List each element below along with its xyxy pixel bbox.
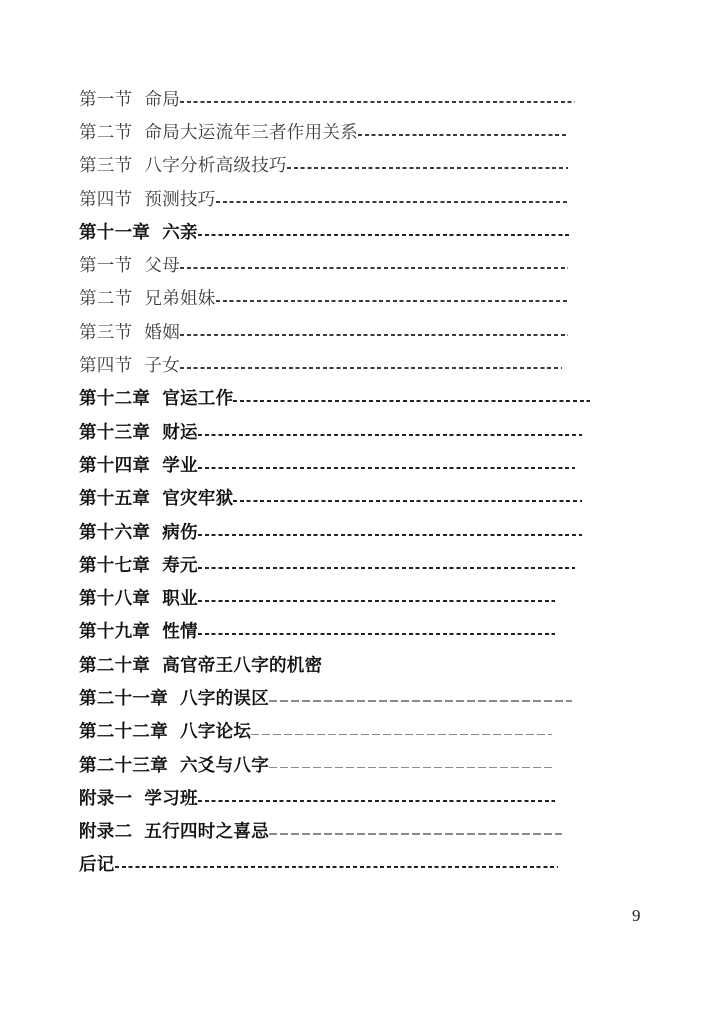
dot-leader [198, 800, 555, 802]
table-of-contents: 第一节命局第二节命局大运流年三者作用关系第三节八字分析高级技巧第四节预测技巧第十… [79, 83, 590, 882]
dot-leader [216, 201, 568, 203]
entry-number: 第二十一章 [79, 689, 168, 709]
dot-leader [287, 167, 568, 169]
entry-title: 寿元 [162, 556, 198, 576]
toc-chapter-entry: 第二十三章六爻与八字 [79, 749, 590, 782]
toc-chapter-entry: 第二十章高官帝王八字的机密 [79, 649, 590, 682]
page-number: 9 [632, 906, 641, 926]
entry-title: 预测技巧 [144, 190, 215, 210]
entry-number: 第十五章 [79, 489, 150, 509]
entry-number: 第一节 [79, 90, 132, 110]
document-page: 第一节命局第二节命局大运流年三者作用关系第三节八字分析高级技巧第四节预测技巧第十… [0, 0, 724, 1024]
entry-title: 婚姻 [144, 323, 180, 343]
dot-leader [198, 633, 555, 635]
dot-leader [180, 267, 568, 269]
toc-chapter-entry: 第二十二章八字论坛 [79, 716, 590, 749]
entry-title: 五行四时之喜忌 [144, 822, 269, 842]
toc-section-entry: 第三节婚姻 [79, 316, 590, 349]
dot-leader [269, 767, 552, 769]
toc-section-entry: 第二节命局大运流年三者作用关系 [79, 116, 590, 149]
toc-chapter-entry: 附录二五行四时之喜忌 [79, 816, 590, 849]
entry-title: 病伤 [162, 523, 198, 543]
entry-number: 第二十章 [79, 656, 150, 676]
entry-number: 第四节 [79, 190, 132, 210]
entry-title: 子女 [144, 356, 180, 376]
toc-section-entry: 第四节预测技巧 [79, 183, 590, 216]
entry-title: 学业 [162, 456, 198, 476]
entry-number: 第三节 [79, 323, 132, 343]
dot-leader [233, 500, 582, 502]
dot-leader [180, 334, 568, 336]
toc-chapter-entry: 第十五章官灾牢狱 [79, 483, 590, 516]
dot-leader [358, 134, 568, 136]
entry-number: 第二节 [79, 289, 132, 309]
toc-chapter-entry: 第十二章官运工作 [79, 383, 590, 416]
dot-leader [198, 600, 555, 602]
dot-leader [198, 434, 582, 436]
entry-title: 官运工作 [162, 389, 233, 409]
entry-number: 第二十二章 [79, 722, 168, 742]
entry-number: 第十一章 [79, 223, 150, 243]
entry-number: 第十二章 [79, 389, 150, 409]
entry-title: 父母 [144, 256, 180, 276]
entry-title: 高官帝王八字的机密 [162, 656, 322, 676]
dot-leader [198, 467, 575, 469]
entry-number: 附录一 [79, 789, 132, 809]
entry-title: 八字的误区 [180, 689, 269, 709]
dot-leader [198, 567, 575, 569]
entry-number: 第四节 [79, 356, 132, 376]
entry-title: 命局 [144, 90, 180, 110]
toc-chapter-entry: 第十三章财运 [79, 416, 590, 449]
entry-title: 六爻与八字 [180, 756, 269, 776]
toc-chapter-entry: 第十四章学业 [79, 449, 590, 482]
dot-leader [115, 866, 558, 868]
entry-title: 六亲 [162, 223, 198, 243]
toc-section-entry: 第四节子女 [79, 349, 590, 382]
entry-number: 第三节 [79, 156, 132, 176]
dot-leader [251, 734, 552, 736]
entry-title: 性情 [162, 622, 198, 642]
toc-section-entry: 第二节兄弟姐妹 [79, 283, 590, 316]
entry-title: 财运 [162, 423, 198, 443]
entry-number: 第十七章 [79, 556, 150, 576]
entry-title: 八字分析高级技巧 [144, 156, 286, 176]
toc-chapter-entry: 附录一学习班 [79, 782, 590, 815]
entry-number: 第二节 [79, 123, 132, 143]
toc-chapter-entry: 第十九章性情 [79, 616, 590, 649]
dot-leader [216, 300, 568, 302]
dot-leader [180, 101, 575, 103]
toc-section-entry: 第三节八字分析高级技巧 [79, 150, 590, 183]
dot-leader [269, 700, 572, 702]
entry-number: 附录二 [79, 822, 132, 842]
entry-number: 第二十三章 [79, 756, 168, 776]
entry-number: 第十四章 [79, 456, 150, 476]
toc-chapter-entry: 第十七章寿元 [79, 549, 590, 582]
toc-chapter-entry: 第十六章病伤 [79, 516, 590, 549]
entry-number: 第十六章 [79, 523, 150, 543]
toc-section-entry: 第一节父母 [79, 249, 590, 282]
entry-title: 职业 [162, 589, 198, 609]
entry-title: 学习班 [144, 789, 197, 809]
entry-title: 命局大运流年三者作用关系 [144, 123, 358, 143]
dot-leader [198, 534, 582, 536]
toc-chapter-entry: 第二十一章八字的误区 [79, 682, 590, 715]
dot-leader [198, 234, 572, 236]
entry-title: 八字论坛 [180, 722, 251, 742]
dot-leader [233, 400, 590, 402]
entry-title: 兄弟姐妹 [144, 289, 215, 309]
toc-chapter-entry: 第十八章职业 [79, 582, 590, 615]
toc-chapter-entry: 后记 [79, 849, 590, 882]
entry-number: 第十三章 [79, 423, 150, 443]
entry-number: 第十九章 [79, 622, 150, 642]
entry-number: 第一节 [79, 256, 132, 276]
entry-title: 官灾牢狱 [162, 489, 233, 509]
dot-leader [269, 833, 562, 835]
entry-title: 后记 [79, 855, 115, 875]
dot-leader [180, 367, 562, 369]
entry-number: 第十八章 [79, 589, 150, 609]
toc-chapter-entry: 第十一章六亲 [79, 216, 590, 249]
toc-section-entry: 第一节命局 [79, 83, 590, 116]
